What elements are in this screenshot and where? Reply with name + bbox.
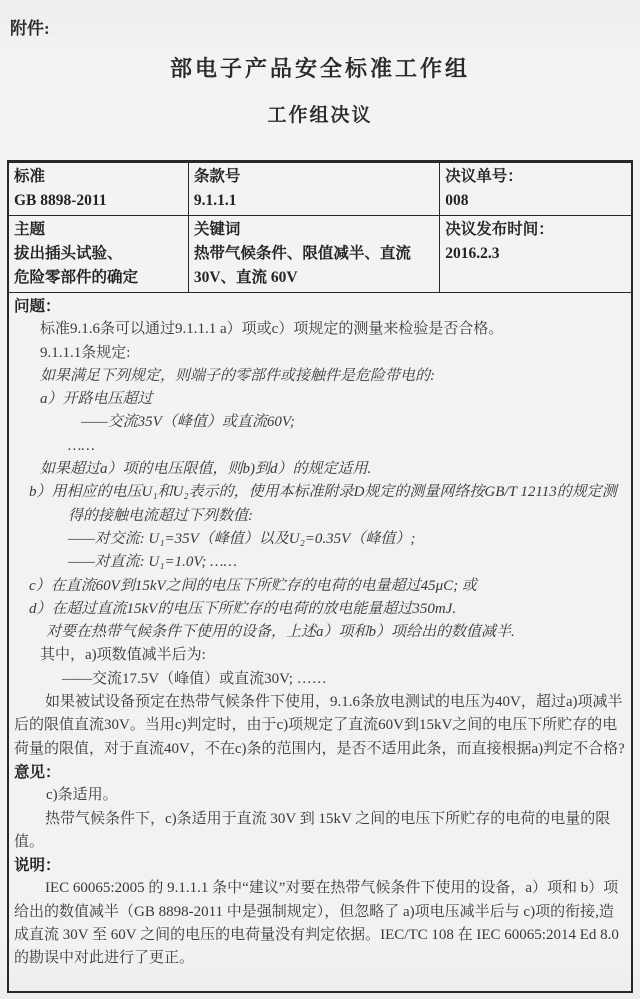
body-line: IEC 60065:2005 的 9.1.1.1 条中“建议”对要在热带气候条件… — [14, 877, 626, 970]
body-line: 如果满足下列规定，则端子的零部件或接触件是危险带电的: — [40, 365, 626, 388]
section-heading: 意见： — [14, 761, 626, 784]
body-line: c)条适用。 — [46, 784, 626, 807]
header-table: 标准 GB 8898-2011 条款号 9.1.1.1 决议单号： 008 主题… — [7, 160, 633, 993]
cell-resolution-number: 决议单号： 008 — [440, 162, 632, 216]
body-line: ——交流17.5V（峰值）或直流30V; …… — [62, 668, 626, 691]
cell-standard: 标准 GB 8898-2011 — [8, 162, 188, 216]
publish-date-value: 2016.2.3 — [445, 242, 626, 266]
body-line: …… — [68, 435, 626, 458]
header-row-1: 标准 GB 8898-2011 条款号 9.1.1.1 决议单号： 008 — [8, 162, 632, 216]
body-line: ——对直流: U₁=1.0V; …… — [68, 551, 626, 574]
attachment-label: 附件: — [10, 14, 50, 39]
cell-publish-date: 决议发布时间： 2016.2.3 — [440, 216, 632, 293]
resolution-number-label: 决议单号： — [445, 165, 626, 189]
body-line: 如果超过a）项的电压限值，则b)到d）的规定适用. — [40, 458, 626, 481]
resolution-number-value: 008 — [445, 189, 626, 213]
body-line: ——对交流: U₁=35V（峰值）以及U₂=0.35V（峰值）; — [68, 528, 626, 551]
body-line: 9.1.1.1条规定: — [40, 342, 626, 365]
clause-value: 9.1.1.1 — [194, 189, 434, 213]
subject-value: 拔出插头试验、 危险零部件的确定 — [14, 242, 183, 290]
decision-body-cell: 问题：标准9.1.6条可以通过9.1.1.1 a）项或c）项规定的测量来检验是否… — [8, 293, 632, 993]
document-subtitle: 工作组决议 — [0, 100, 640, 127]
body-row: 问题：标准9.1.6条可以通过9.1.1.1 a）项或c）项规定的测量来检验是否… — [8, 293, 632, 993]
standard-value: GB 8898-2011 — [14, 189, 183, 213]
publish-date-label: 决议发布时间： — [445, 218, 626, 242]
cell-keywords: 关键词 热带气候条件、限值减半、直流 30V、直流 60V — [188, 216, 439, 293]
body-line: ——交流35V（峰值）或直流60V; — [81, 411, 626, 434]
body-line: 如果被试设备预定在热带气候条件下使用，9.1.6条放电测试的电压为40V，超过a… — [14, 691, 626, 761]
body-line: 热带气候条件下，c)条适用于直流 30V 到 15kV 之间的电压下所贮存的电荷… — [14, 808, 626, 855]
subject-label: 主题 — [14, 218, 183, 242]
section-heading: 问题： — [14, 295, 626, 318]
body-line: a）开路电压超过 — [40, 388, 626, 411]
body-line: b）用相应的电压U₁和U₂表示的，使用本标准附录D规定的测量网络按GB/T 12… — [29, 481, 626, 528]
cell-clause: 条款号 9.1.1.1 — [188, 162, 439, 216]
clause-label: 条款号 — [194, 165, 434, 189]
cell-subject: 主题 拔出插头试验、 危险零部件的确定 — [8, 216, 188, 293]
body-line: 其中，a)项数值减半后为: — [40, 644, 626, 667]
keywords-label: 关键词 — [194, 218, 434, 242]
document-title: 部电子产品安全标准工作组 — [0, 52, 640, 83]
body-line: c）在直流60V到15kV之间的电压下所贮存的电荷的电量超过45μC; 或 — [29, 575, 626, 598]
body-lines: 问题：标准9.1.6条可以通过9.1.1.1 a）项或c）项规定的测量来检验是否… — [14, 295, 626, 989]
keywords-value: 热带气候条件、限值减半、直流 30V、直流 60V — [194, 242, 434, 290]
body-line: 标准9.1.6条可以通过9.1.1.1 a）项或c）项规定的测量来检验是否合格。 — [40, 318, 626, 341]
header-row-2: 主题 拔出插头试验、 危险零部件的确定 关键词 热带气候条件、限值减半、直流 3… — [8, 216, 632, 293]
section-heading: 说明： — [14, 854, 626, 877]
standard-label: 标准 — [14, 165, 183, 189]
body-line: d）在超过直流15kV的电压下所贮存的电荷的放电能量超过350mJ. — [29, 598, 626, 621]
document-page: 附件: 部电子产品安全标准工作组 工作组决议 标准 GB 8898-2011 条… — [0, 0, 640, 999]
body-line: 对要在热带气候条件下使用的设备，上述a）项和b）项给出的数值减半. — [46, 621, 626, 644]
